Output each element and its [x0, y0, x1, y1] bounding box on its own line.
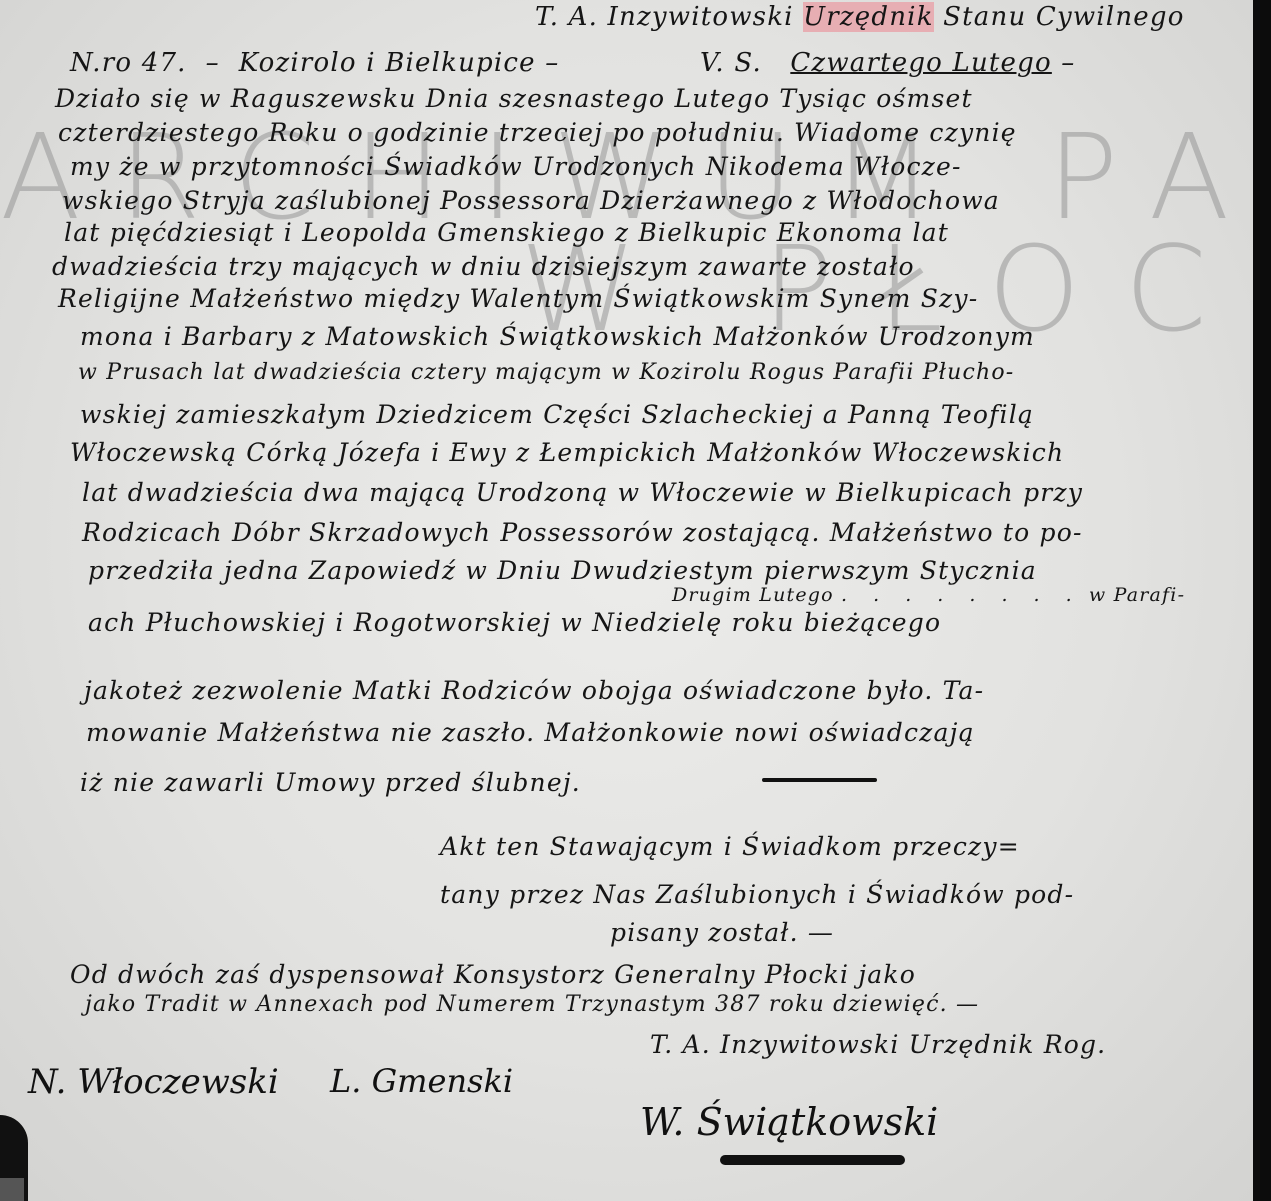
closing-line: Akt ten Stawającym i Świadkom przeczy= — [440, 832, 1020, 861]
body-line: w Prusach lat dwadzieścia cztery mającym… — [78, 360, 1014, 385]
date-prefix: V. S. — [700, 48, 762, 78]
insertion-below: Drugim Lutego — [672, 584, 834, 606]
body-line: jakoteż zezwolenie Matki Rodziców obojga… — [84, 676, 984, 705]
page-edge-shadow — [1253, 0, 1271, 1201]
footnote-line: jako Tradit w Annexach pod Numerem Trzyn… — [85, 992, 979, 1017]
body-line: Włoczewską Córką Józefa i Ewy z Łempicki… — [70, 438, 1064, 467]
record-places: Kozirolo i Bielkupice — [239, 48, 536, 78]
header-name: T. A. Inzywitowski — [535, 2, 794, 32]
insertion-correction: Drugim Lutego . . . . . . . . w Parafi- — [672, 584, 1185, 606]
scan-shadow-corner — [0, 1178, 24, 1201]
footnote-line: T. A. Inzywitowski Urzędnik Rog. — [650, 1030, 1106, 1059]
insertion-continuation: w Parafi- — [1089, 584, 1185, 606]
highlighted-text: Urzędnik — [803, 2, 934, 32]
header-rest: Stanu Cywilnego — [943, 2, 1184, 32]
signature-gmenski: L. Gmenski — [330, 1062, 513, 1100]
body-line: czterdziestego Roku o godzinie trzeciej … — [58, 118, 1017, 147]
body-line: Rodzicach Dóbr Skrzadowych Possessorów z… — [82, 518, 1083, 547]
body-line: wskiej zamieszkałym Dziedzicem Części Sz… — [80, 400, 1034, 429]
body-line: przedziła jedna Zapowiedź w Dniu Dwudzie… — [88, 556, 1037, 585]
body-line: lat pięćdziesiąt i Leopolda Gmenskiego z… — [64, 218, 949, 247]
closing-line: tany przez Nas Zaślubionych i Świadków p… — [440, 880, 1074, 909]
body-line: lat dwadzieścia dwa mającą Urodzoną w Wł… — [82, 478, 1083, 507]
body-line: ach Płuchowskiej i Rogotworskiej w Niedz… — [88, 608, 941, 637]
date-text: Czwartego Lutego — [790, 48, 1052, 78]
signature-wloczewski: N. Włoczewski — [28, 1062, 279, 1102]
body-line: dwadzieścia trzy mających w dniu dzisiej… — [52, 252, 915, 281]
body-line: Religijne Małżeństwo między Walentym Świ… — [58, 284, 978, 313]
signature-swiatkowski: W. Świątkowski — [640, 1100, 938, 1144]
insertion-dots: . . . . . . . . — [841, 584, 1082, 606]
signature-underline — [720, 1155, 905, 1165]
closing-line: pisany został. — — [610, 918, 834, 947]
body-line: Działo się w Raguszewsku Dnia szesnasteg… — [55, 84, 973, 113]
body-line: my że w przytomności Świadków Urodzonych… — [70, 152, 962, 181]
body-line: wskiego Stryja zaślubionej Possessora Dz… — [62, 186, 1000, 215]
record-number: N.ro 47. — [70, 48, 187, 78]
body-line: iż nie zawarli Umowy przed ślubnej. — [80, 768, 581, 797]
header-fragment: T. A. Inzywitowski Urzędnik Stanu Cywiln… — [535, 2, 1185, 32]
end-flourish — [762, 778, 877, 782]
body-line: mona i Barbary z Matowskich Świątkowskic… — [80, 322, 1035, 351]
footnote-line: Od dwóch zaś dyspensował Konsystorz Gene… — [70, 960, 916, 989]
record-date: V. S. Czwartego Lutego – — [700, 48, 1076, 78]
body-line: mowanie Małżeństwa nie zaszło. Małżonkow… — [86, 718, 975, 747]
record-heading: N.ro 47. – Kozirolo i Bielkupice – — [70, 48, 559, 78]
